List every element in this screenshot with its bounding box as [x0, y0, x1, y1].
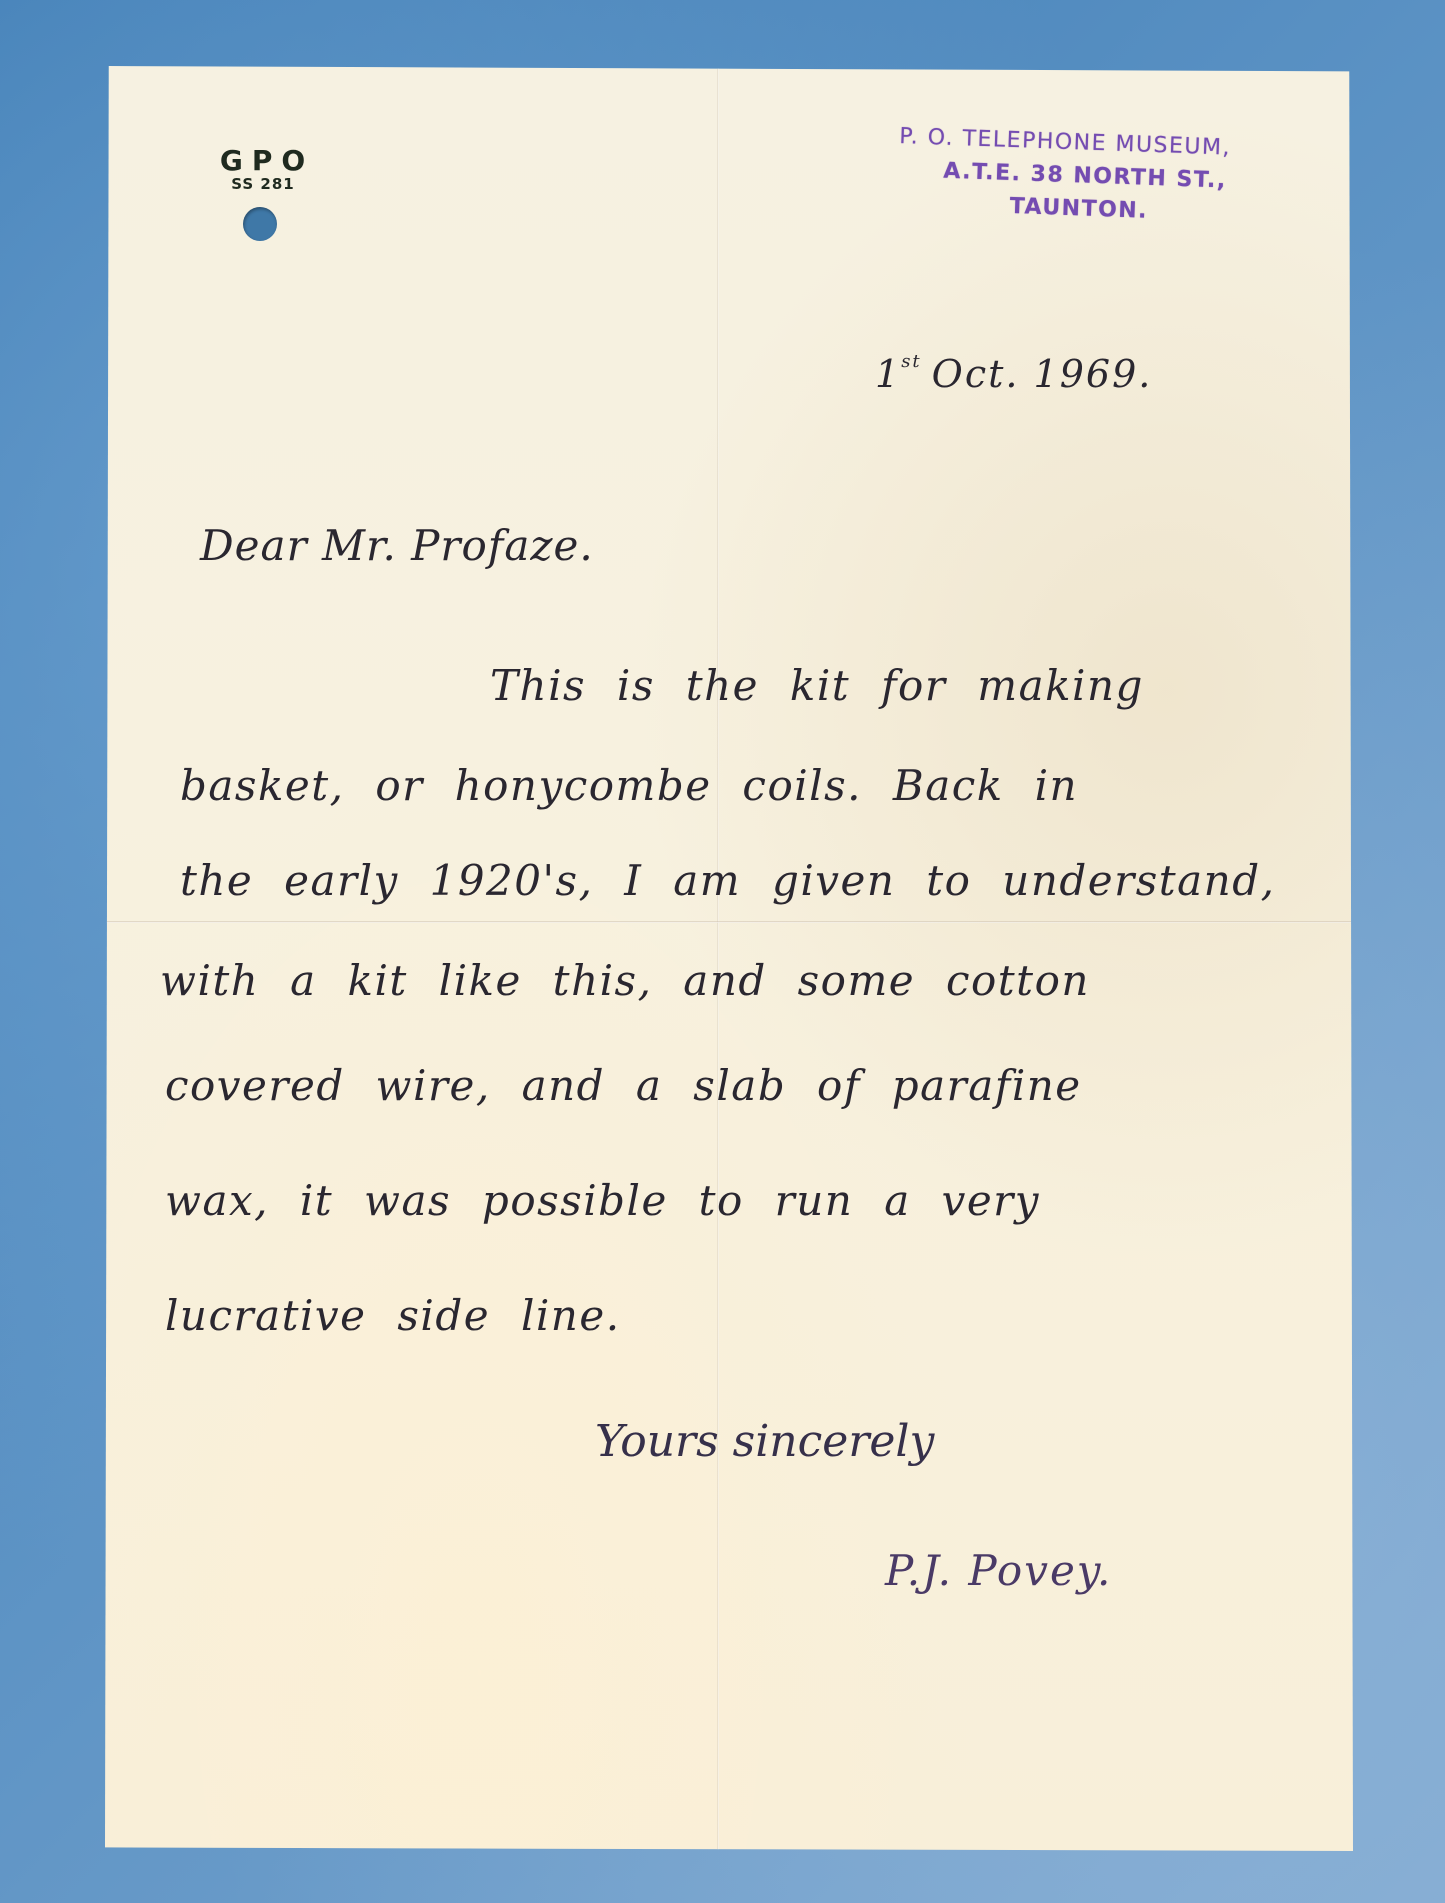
museum-address-stamp: P. O. TELEPHONE MUSEUM, A.T.E. 38 NORTH …: [838, 118, 1301, 233]
body-line: covered wire, and a slab of parafine: [165, 1061, 1082, 1110]
body-line: with a kit like this, and some cotton: [160, 956, 1090, 1005]
date-day: 1: [875, 352, 901, 396]
gpo-form-code: SS 281: [203, 176, 323, 192]
body-line: lucrative side line.: [165, 1291, 621, 1340]
gpo-letterhead-mark: GPO SS 281: [203, 146, 323, 192]
signature: P.J. Povey.: [885, 1546, 1112, 1595]
salutation: Dear Mr. Profaze.: [200, 521, 594, 570]
letter-paper: GPO SS 281 P. O. TELEPHONE MUSEUM, A.T.E…: [105, 66, 1353, 1851]
body-line: This is the kit for making: [490, 661, 1144, 710]
date-day-suffix: st: [901, 351, 921, 372]
letter-photo: GPO SS 281 P. O. TELEPHONE MUSEUM, A.T.E…: [0, 0, 1445, 1903]
body-line: wax, it was possible to run a very: [165, 1176, 1040, 1225]
body-line: basket, or honycombe coils. Back in: [180, 761, 1078, 810]
letter-date: 1stOct. 1969.: [875, 351, 1152, 396]
body-line: the early 1920's, I am given to understa…: [180, 856, 1275, 905]
date-rest: Oct. 1969.: [932, 352, 1153, 396]
horizontal-fold-line: [105, 921, 1353, 923]
punch-hole-icon: [243, 207, 277, 241]
gpo-title: GPO: [203, 146, 323, 176]
closing: Yours sincerely: [595, 1416, 934, 1467]
